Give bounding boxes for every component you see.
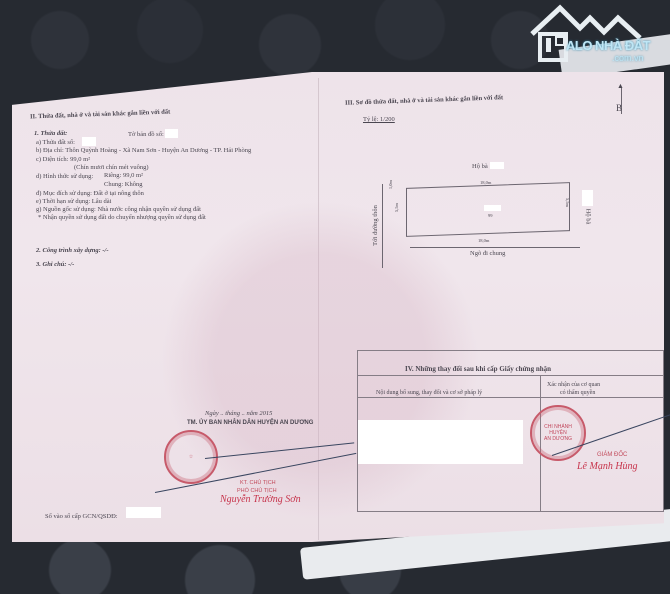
usage-origin: g) Nguồn gốc sử dụng: Nhà nước công nhận… bbox=[36, 206, 201, 213]
parcel-area-label: 99 bbox=[488, 213, 493, 218]
left-top-dim-label: 1,0m bbox=[388, 180, 393, 189]
usage-term: e) Thời hạn sử dụng: Lâu dài bbox=[36, 198, 111, 205]
changes-col-content: Nội dung bổ sung, thay đổi và cơ sở pháp… bbox=[376, 390, 482, 396]
redacted-parcel-id bbox=[484, 205, 501, 211]
usage-purpose: đ) Mục đích sử dụng: Đất ở tại nông thôn bbox=[36, 190, 144, 197]
house-icon bbox=[528, 4, 670, 64]
notes: 3. Ghi chú: -/- bbox=[36, 261, 74, 268]
redacted-parcel-number bbox=[82, 137, 96, 146]
director-name: Lê Mạnh Hùng bbox=[577, 461, 638, 472]
changes-table-title: IV. Những thay đổi sau khi cấp Giấy chứn… bbox=[405, 365, 551, 373]
north-label: B bbox=[616, 103, 622, 113]
usage-shared: Chung: Không bbox=[104, 181, 142, 188]
transfer-note: * Nhận quyền sử dụng đất do chuyển nhượn… bbox=[38, 214, 206, 221]
access-road-line bbox=[382, 184, 383, 268]
shared-lane-label: Ngõ đi chung bbox=[470, 250, 505, 257]
map-sheet-label: Tờ bản đồ số: bbox=[128, 131, 164, 138]
usage-form-label: d) Hình thức sử dụng: bbox=[36, 173, 93, 180]
right-width-label: 5,5m bbox=[565, 198, 570, 207]
signer-name: Nguyễn Trường Sơn bbox=[220, 494, 301, 505]
watermark-domain: .com.vn bbox=[612, 53, 644, 63]
signer-title-1: KT. CHỦ TỊCH bbox=[240, 480, 276, 486]
bottom-length-label: 18,0m bbox=[478, 238, 489, 243]
entry-number-label: Số vào sổ cấp GCN/QSDĐ: bbox=[45, 513, 118, 520]
watermark-brand: ALO NHÀ ĐẤT bbox=[566, 38, 650, 53]
redacted-entry-number bbox=[126, 507, 161, 518]
right-neighbor-label: Hộ bà bbox=[584, 209, 591, 225]
usage-private: Riêng: 99,0 m² bbox=[104, 172, 143, 179]
parcel-area-words: (Chín mươi chín mét vuông) bbox=[74, 164, 148, 171]
changes-col-confirm-1: Xác nhận của cơ quan bbox=[547, 382, 600, 388]
redacted-map-sheet bbox=[165, 129, 178, 138]
road-to-village-label: Tới đường thôn bbox=[372, 205, 379, 246]
changes-col-confirm-2: có thẩm quyền bbox=[560, 390, 595, 396]
shared-lane-line bbox=[410, 247, 580, 248]
map-scale: Tỷ lệ: 1/200 bbox=[363, 116, 395, 123]
left-width-label: 5,5m bbox=[394, 203, 399, 212]
construction-works: 2. Công trình xây dựng: -/- bbox=[36, 247, 109, 254]
redacted-change-entry bbox=[358, 420, 523, 464]
parcel-number-label: a) Thửa đất số: bbox=[36, 139, 75, 146]
redacted-right-neighbor bbox=[582, 190, 593, 206]
parcel-address: b) Địa chỉ: Thôn Quỳnh Hoàng - Xã Nam Sơ… bbox=[36, 147, 251, 154]
redacted-top-neighbor bbox=[490, 162, 504, 169]
parcel-area: c) Diện tích: 99,0 m² bbox=[36, 156, 90, 163]
north-arrowhead-icon: ▲ bbox=[617, 82, 624, 90]
stamp-line-3: AN DƯƠNG bbox=[544, 436, 572, 442]
top-neighbor-label: Hộ bà bbox=[472, 163, 488, 170]
issue-date: Ngày .. tháng .. năm 2015 bbox=[205, 410, 272, 417]
director-title: GIÁM ĐỐC bbox=[597, 452, 627, 458]
issuing-authority: TM. ỦY BAN NHÂN DÂN HUYỆN AN DƯƠNG bbox=[187, 420, 313, 426]
subsection-land-parcel: 1. Thửa đất: bbox=[34, 130, 67, 137]
